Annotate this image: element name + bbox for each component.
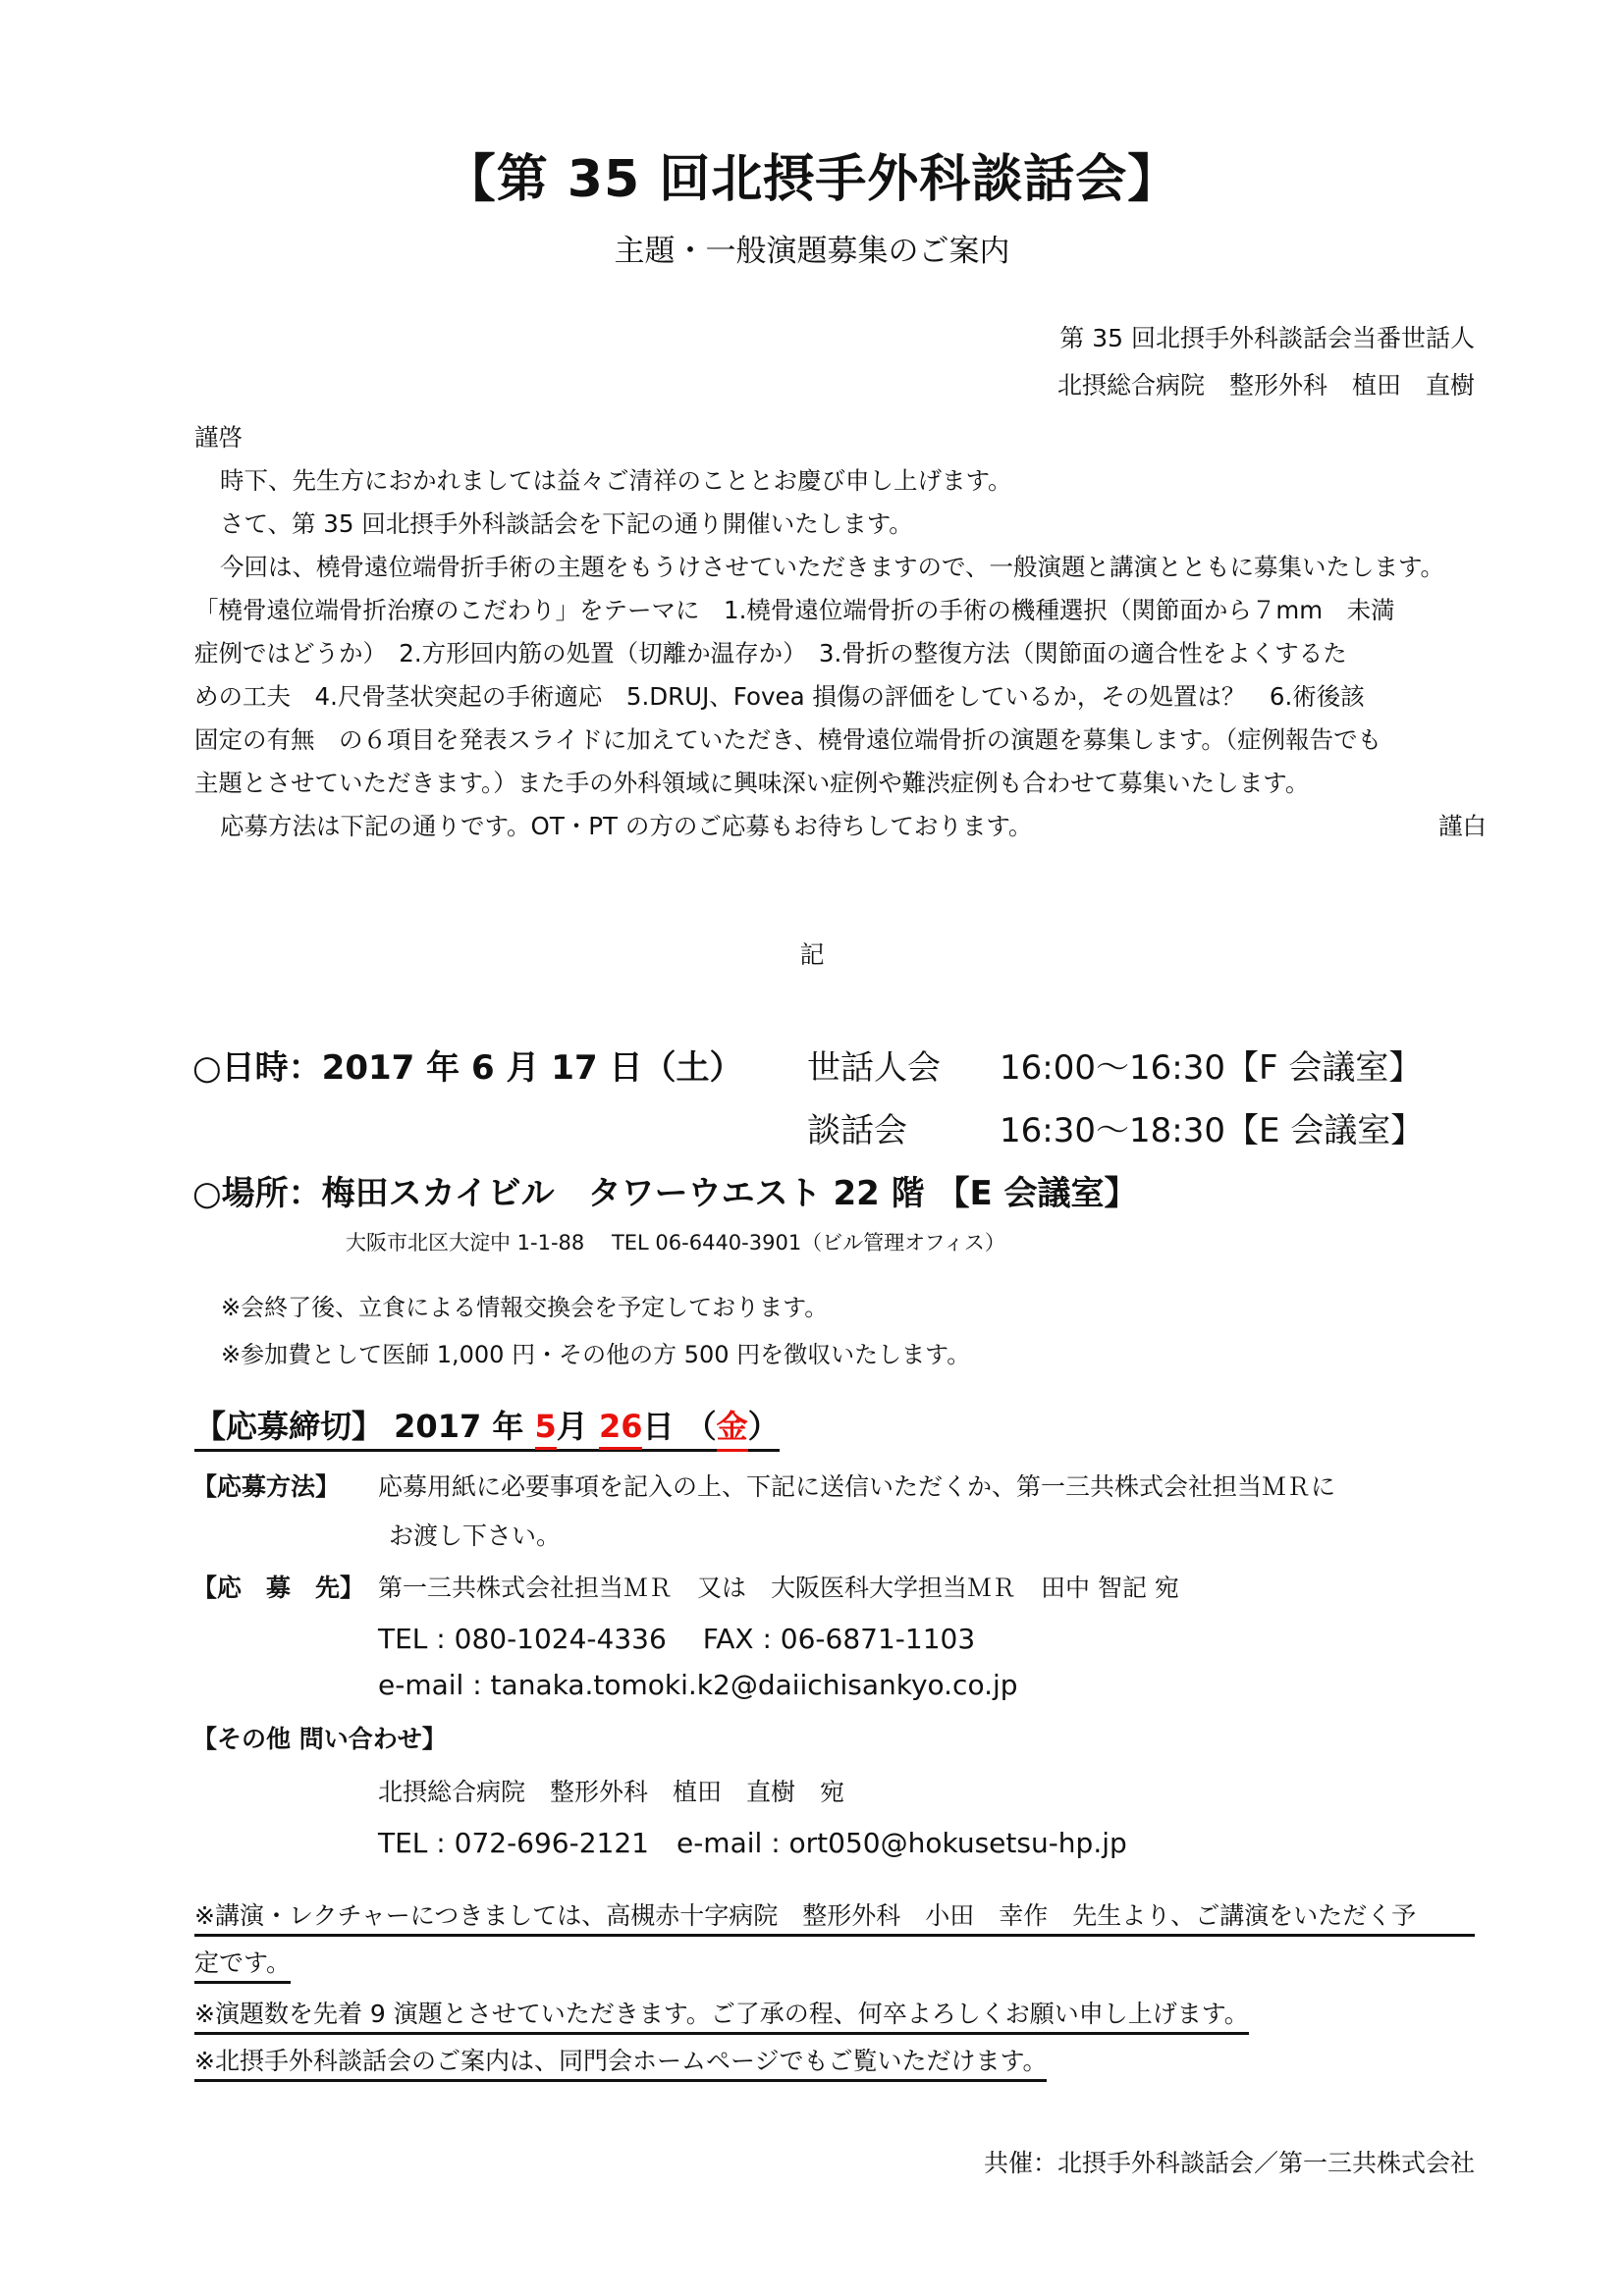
event-place: ○場所：梅田スカイビル タワーウエスト 22 階 【E 会議室】 xyxy=(192,1166,1138,1214)
footnote-homepage: ※北摂手外科談話会のご案内は、同門会ホームページでもご覧いただけます。 xyxy=(194,2042,1047,2082)
inquiry-tel-email[interactable]: TEL : 072-696-2121 e-mail : ort050@hokus… xyxy=(378,1822,1127,1861)
organizer-name: 北摂総合病院 整形外科 植田 直樹 xyxy=(1057,366,1475,401)
deadline-paren-open: （ xyxy=(685,1408,717,1445)
letter-closing: 謹白 xyxy=(1438,805,1487,848)
event-note: ※会終了後、立食による情報交換会を予定しております。 xyxy=(221,1288,828,1322)
page-title: 【第 35 回北摂手外科談話会】 xyxy=(0,137,1624,211)
deadline-month: 5 xyxy=(535,1408,557,1450)
deadline-paren-close: ） xyxy=(748,1408,780,1445)
application-method-text: 応募用紙に必要事項を記入の上、下記に送信いただくか、第一三共株式会社担当ＭＲに xyxy=(378,1468,1335,1503)
letter-line: 応募方法は下記の通りです。OT・PT の方のご応募もお待ちしております。 謹白 xyxy=(194,805,1481,848)
footnote-lecture-cont: 定です。 xyxy=(194,1944,291,1984)
footnote-limit: ※演題数を先着 9 演題とさせていただきます。ご了承の程、何卒よろしくお願い申し… xyxy=(194,1995,1249,2035)
letter-line: 主題とさせていただきます。）また手の外科領域に興味深い症例や難渋症例も合わせて募… xyxy=(194,762,1481,805)
deadline-day: 26 xyxy=(599,1408,643,1450)
cosponsor: 共催：北摂手外科談話会／第一三共株式会社 xyxy=(984,2144,1475,2179)
deadline-month-suffix: 月 xyxy=(557,1408,588,1445)
application-to-text: 第一三共株式会社担当ＭＲ 又は 大阪医科大学担当ＭＲ 田中 智記 宛 xyxy=(378,1569,1179,1604)
deadline-label: 【応募締切】 xyxy=(194,1408,383,1445)
letter-line: 今回は、橈骨遠位端骨折手術の主題をもうけさせていただきますので、一般演題と講演と… xyxy=(194,546,1481,589)
application-method-label: 【応募方法】 xyxy=(192,1468,340,1503)
letter-line: 症例ではどうか） 2.方形回内筋の処置（切離か温存か） 3.骨折の整復方法（関節… xyxy=(194,632,1481,675)
session-name: 談話会 xyxy=(807,1103,907,1151)
letter-line-text: 応募方法は下記の通りです。OT・PT の方のご応募もお待ちしております。 xyxy=(220,812,1032,840)
letter-line: さて、第 35 回北摂手外科談話会を下記の通り開催いたします。 xyxy=(194,503,1481,546)
inquiry-label: 【その他 問い合わせ】 xyxy=(192,1720,447,1755)
organizer-role: 第 35 回北摂手外科談話会当番世話人 xyxy=(1059,319,1475,354)
application-tel-fax: TEL : 080-1024-4336 FAX : 06-6871-1103 xyxy=(378,1618,975,1657)
application-email[interactable]: e-mail : tanaka.tomoki.k2@daiichisankyo.… xyxy=(378,1669,1018,1701)
letter-opening: 謹啓 xyxy=(194,416,1481,459)
deadline-day-suffix: 日 xyxy=(642,1408,674,1445)
inquiry-contact: 北摂総合病院 整形外科 植田 直樹 宛 xyxy=(378,1773,844,1808)
session-name: 世話人会 xyxy=(807,1041,941,1089)
event-datetime: ○日時：2017 年 6 月 17 日（土） xyxy=(192,1041,742,1089)
page-subtitle: 主題・一般演題募集のご案内 xyxy=(0,226,1624,270)
event-address: 大阪市北区大淀中 1-1-88 TEL 06-6440-3901（ビル管理オフィ… xyxy=(346,1227,1005,1256)
application-method-text: お渡し下さい。 xyxy=(389,1517,561,1552)
footnote-lecture: ※講演・レクチャーにつきましては、高槻赤十字病院 整形外科 小田 幸作 先生より… xyxy=(194,1896,1475,1937)
session-time: 16:00～16:30【F 会議室】 xyxy=(1000,1041,1422,1089)
deadline-weekday: 金 xyxy=(717,1402,748,1452)
deadline-year: 2017 年 xyxy=(394,1408,523,1445)
session-time: 16:30～18:30【E 会議室】 xyxy=(1000,1103,1424,1151)
application-to-label: 【応 募 先】 xyxy=(192,1569,364,1604)
letter-line: 時下、先生方におかれましては益々ご清祥のこととお慶び申し上げます。 xyxy=(194,459,1481,503)
letter-body: 謹啓 時下、先生方におかれましては益々ご清祥のこととお慶び申し上げます。 さて、… xyxy=(194,416,1481,848)
letter-line: 「橈骨遠位端骨折治療のこだわり」をテーマに 1.橈骨遠位端骨折の手術の機種選択（… xyxy=(194,589,1481,632)
letter-line: 固定の有無 の６項目を発表スライドに加えていただき、橈骨遠位端骨折の演題を募集し… xyxy=(194,719,1481,762)
event-note: ※参加費として医師 1,000 円・その他の方 500 円を徴収いたします。 xyxy=(221,1335,970,1369)
ki-heading: 記 xyxy=(0,935,1624,971)
deadline: 【応募締切】 2017 年 5月 26日 （金） xyxy=(194,1402,780,1452)
letter-line: めの工夫 4.尺骨茎状突起の手術適応 5.DRUJ、Fovea 損傷の評価をして… xyxy=(194,675,1481,719)
